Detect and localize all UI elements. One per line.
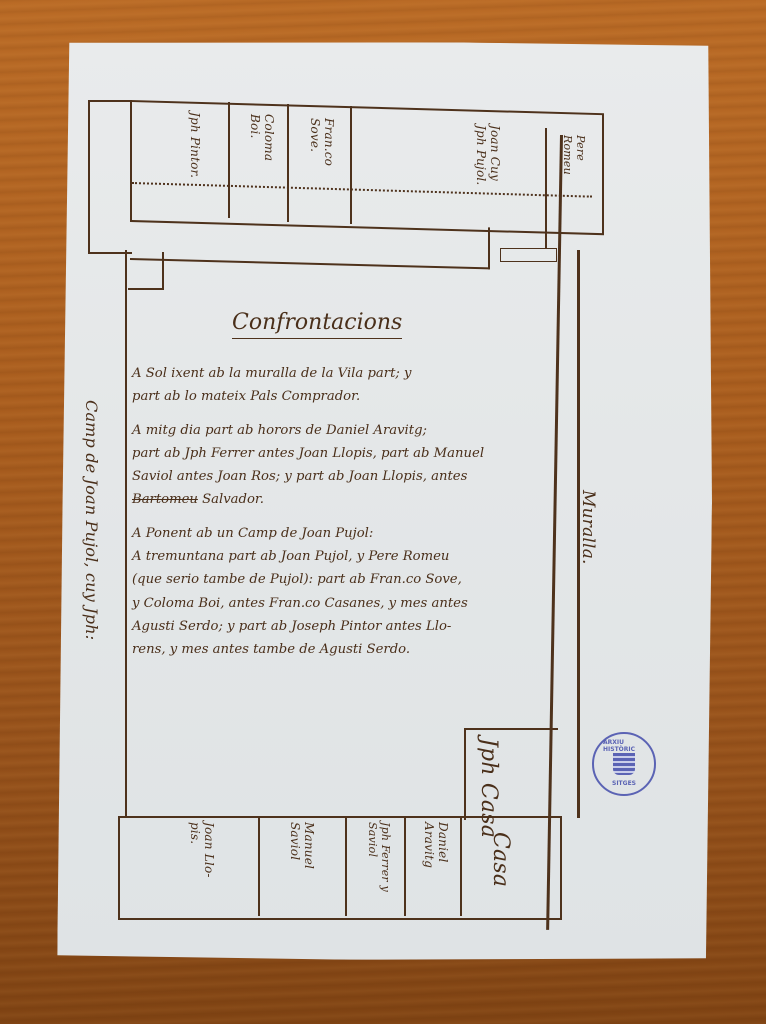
bottom-plot-divider-1 xyxy=(258,818,260,916)
document-title: Confrontacions xyxy=(232,310,402,339)
text-line: A mitg dia part ab horors de Daniel Arav… xyxy=(132,419,562,442)
stamp-shield-icon xyxy=(613,753,635,775)
bottom-plot-label-4: Daniel Aravitg xyxy=(416,822,450,906)
right-margin-label: Muralla. xyxy=(578,490,598,565)
text-line: A Ponent ab un Camp de Joan Pujol: xyxy=(132,522,562,545)
text-line: A Sol ixent ab la muralla de la Vila par… xyxy=(132,362,562,385)
corner-plot-label: Jph Casa xyxy=(476,738,501,814)
text-line: (que serio tambe de Pujol): part ab Fran… xyxy=(132,568,562,591)
main-field-corner-box xyxy=(128,252,164,290)
top-plot-label-1: Jph Pintor. xyxy=(172,112,202,182)
stamp-text-bottom: SITGES xyxy=(612,780,636,787)
text-line: part ab Jph Ferrer antes Joan Llopis, pa… xyxy=(132,442,562,465)
bottom-plot-divider-4 xyxy=(460,818,462,916)
bottom-plot-divider-2 xyxy=(345,818,347,916)
text-line: y Coloma Boi, antes Fran.co Casanes, y m… xyxy=(132,592,562,615)
bottom-plot-divider-3 xyxy=(404,818,406,916)
top-plot-divider-3 xyxy=(350,106,352,224)
bottom-plot-label-3: Jph Ferrer y Saviol xyxy=(356,822,392,906)
text-line: part ab lo mateix Pals Comprador. xyxy=(132,385,562,408)
struck-word: Bartomeu xyxy=(132,492,198,507)
confrontacions-text: A Sol ixent ab la muralla de la Vila par… xyxy=(132,362,562,662)
text-line: Saviol antes Joan Ros; y part ab Joan Ll… xyxy=(132,465,562,488)
stamp-text-top: ARXIU HISTÒRIC xyxy=(603,739,654,753)
top-plot-divider-2 xyxy=(287,104,289,222)
top-plot-label-2: Coloma Boi. xyxy=(246,114,276,184)
text-line: rens, y mes antes tambe de Agusti Serdo. xyxy=(132,638,562,661)
top-plot-label-4: Joan Cuy Jph Pujol. xyxy=(458,125,502,195)
bottom-plot-label-5: Casa xyxy=(488,832,513,892)
archive-stamp: ARXIU HISTÒRIC SITGES xyxy=(592,732,656,796)
text-line: A tremuntana part ab Joan Pujol, y Pere … xyxy=(132,545,562,568)
top-plot-label-5: Pere Romeu xyxy=(557,135,587,195)
text-line-with-strike: Bartomeu Salvador. xyxy=(132,488,562,511)
text-line: Agusti Serdo; y part ab Joseph Pintor an… xyxy=(132,615,562,638)
top-plot-divider-4 xyxy=(545,128,547,248)
bottom-plot-label-1: Joan Llo-pis. xyxy=(180,822,216,892)
left-margin-label: Camp de Joan Pujol, cuy Jph: xyxy=(82,400,101,640)
bottom-plot-label-2: Manuel Saviol xyxy=(280,822,316,902)
top-plot-divider-1 xyxy=(228,102,230,218)
top-plot-label-3: Fran.co Sove. xyxy=(306,118,336,188)
plan-border-left-outer xyxy=(88,100,132,254)
